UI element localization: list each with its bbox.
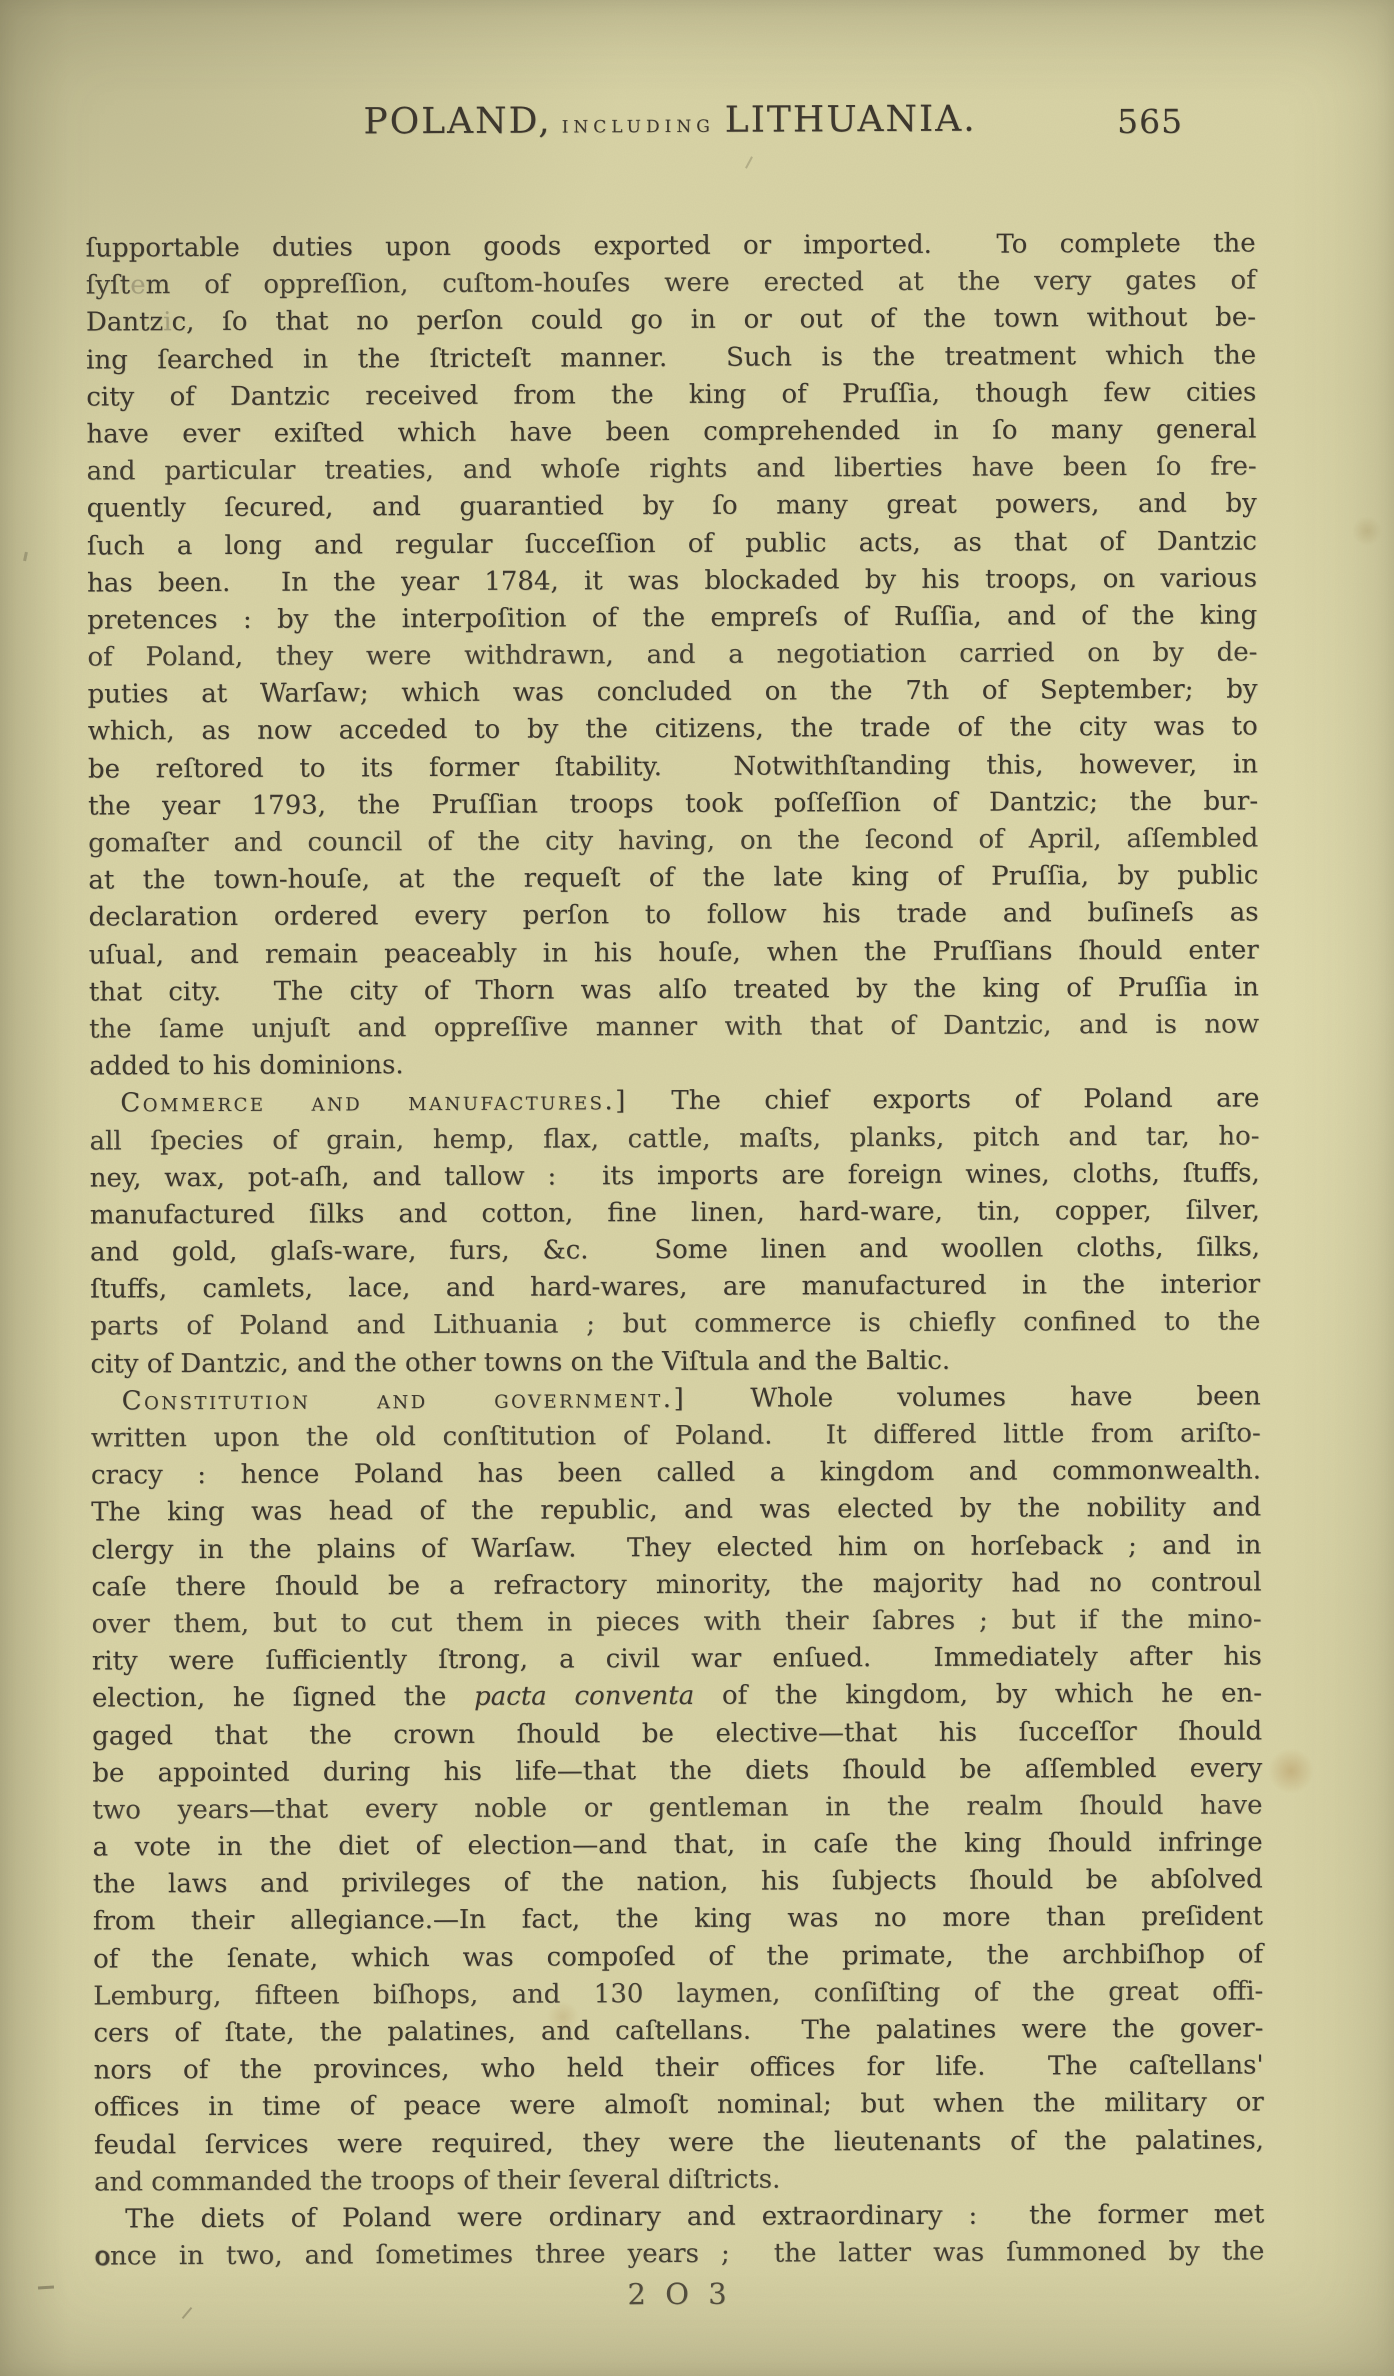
text-line: ſyſtem of oppreſſion, cuſtom-houſes were… [86,263,1256,305]
text-segment: caſe there ſhould be a refractory minori… [91,1567,1261,1602]
text-segment: of Poland, they were withdrawn, and a ne… [87,638,1257,673]
running-head-title-main: POLAND, [363,101,551,143]
text-segment: at the town-houſe, at the requeſt of the… [88,861,1258,896]
text-line: cracy : hence Poland has been called a k… [91,1453,1261,1495]
text-line: offices in time of peace were almoſt nom… [94,2085,1264,2127]
text-line: Lemburg, fifteen biſhops, and 130 laymen… [93,1973,1263,2015]
text-segment: over them, but to cut them in pieces wit… [92,1604,1262,1639]
text-segment: city of Dantzic received from the king o… [86,377,1256,412]
body-text: ſupportable duties upon goods exported o… [86,225,1265,2275]
text-segment: ney, wax, pot-aſh, and tallow : its impo… [90,1158,1260,1193]
text-segment: cracy : hence Poland has been called a k… [91,1456,1261,1491]
text-line: Dantzic, ſo that no perſon could go in o… [86,300,1256,342]
text-segment: o [94,2242,110,2272]
text-line: the year 1793, the Pruſſian troops took … [88,783,1258,825]
text-line: ſupportable duties upon goods exported o… [86,225,1256,267]
text-line: once in two, and ſometimes three years ;… [94,2234,1264,2276]
ink-speck [38,2285,54,2289]
text-segment: gomaſter and council of the city having,… [88,823,1258,858]
text-segment: and gold, glaſs-ware, furs, &c. Some lin… [90,1232,1260,1267]
text-line: The king was head of the republic, and w… [91,1490,1261,1532]
running-head-title-connector: including [562,110,715,139]
text-segment: e [130,270,146,300]
text-segment: and particular treaties, and whoſe right… [87,452,1257,487]
text-segment: gaged that the crown ſhould be elective—… [92,1716,1262,1751]
text-segment: parts of Poland and Lithuania ; but comm… [90,1307,1260,1342]
text-segment: nors of the provinces, who held their of… [94,2051,1264,2086]
text-segment: election, he ſigned the [92,1682,474,1714]
text-line: and gold, glaſs-ware, furs, &c. Some lin… [90,1229,1260,1271]
text-line: ſtuffs, camlets, lace, and hard-wares, a… [90,1267,1260,1309]
text-line: the laws and privileges of the nation, h… [93,1862,1263,1904]
text-line: the ſame unjuſt and oppreſſive manner wi… [89,1006,1259,1048]
section-heading: Constitution and government.] [122,1384,687,1416]
text-segment: ſtuffs, camlets, lace, and hard-wares, a… [90,1270,1260,1305]
text-segment: quently ſecured, and guarantied by ſo ma… [87,489,1257,524]
text-segment: city of Dantzic, and the other towns on … [90,1345,950,1379]
text-line: uſual, and remain peaceably in his houſe… [89,932,1259,974]
text-line: and particular treaties, and whoſe right… [87,449,1257,491]
text-line: and commanded the troops of their ſevera… [94,2159,1264,2201]
paragraph: Constitution and government.] Whole volu… [91,1378,1265,2201]
text-line: ſuch a long and regular ſucceſſion of pu… [87,523,1257,565]
text-line: caſe there ſhould be a refractory minori… [91,1564,1261,1606]
text-line: cers of ſtate, the palatines, and caſtel… [93,2010,1263,2052]
text-line: added to his dominions. [89,1044,1259,1086]
text-line: nors of the provinces, who held their of… [94,2048,1264,2090]
text-segment: m of oppreſſion, cuſtom-houſes were erec… [146,266,1256,301]
text-segment: feudal ſervices were required, they were… [94,2125,1264,2160]
text-segment: the laws and privileges of the nation, h… [93,1865,1263,1900]
text-segment: The king was head of the republic, and w… [91,1493,1261,1528]
text-segment: of the ſenate, which was compoſed of the… [93,1939,1263,1974]
text-line: manufactured ſilks and cotton, fine line… [90,1192,1260,1234]
text-line: all ſpecies of grain, hemp, flax, cattle… [89,1118,1259,1160]
foxing-spot [1268,1748,1314,1794]
text-line: city of Dantzic received from the king o… [86,374,1256,416]
section-heading: Commerce and manufactures.] [120,1087,628,1119]
text-segment: ing ſearched in the ſtricteſt manner. Su… [86,340,1256,375]
text-line: ney, wax, pot-aſh, and tallow : its impo… [90,1155,1260,1197]
text-segment: ſupportable duties upon goods exported o… [86,228,1256,263]
text-segment: nce in two, and ſometimes three years ; … [110,2237,1264,2272]
italic-phrase: pacta conventa [474,1681,694,1712]
foxing-spot [1352,516,1382,546]
paragraph: The diets of Poland were ordinary and ex… [94,2196,1264,2275]
text-segment: of the kingdom, by which he en- [694,1679,1262,1711]
text-segment: offices in time of peace were almoſt nom… [94,2088,1264,2123]
text-line: ing ſearched in the ſtricteſt manner. Su… [86,337,1256,379]
text-line: feudal ſervices were required, they were… [94,2122,1264,2164]
text-segment: rity were ſufficiently ſtrong, a civil w… [92,1642,1262,1677]
text-line: that city. The city of Thorn was alſo tr… [89,969,1259,1011]
text-segment: uſual, and remain peaceably in his houſe… [89,935,1259,970]
signature-mark: 2 O 3 [95,2275,1265,2314]
text-segment: two years—that every noble or gentleman … [92,1790,1262,1825]
text-segment: from their allegiance.—In fact, the king… [93,1902,1263,1937]
text-line: at the town-houſe, at the requeſt of the… [88,858,1258,900]
text-segment: ſyſt [86,271,131,301]
text-line: quently ſecured, and guarantied by ſo ma… [87,486,1257,528]
text-segment: The diets of Poland were ordinary and ex… [125,2199,1264,2234]
text-line: have ever exiſted which have been compre… [86,411,1256,453]
text-segment: cers of ſtate, the palatines, and caſtel… [93,2013,1263,2048]
text-segment: that city. The city of Thorn was alſo tr… [89,972,1259,1007]
text-line: two years—that every noble or gentleman … [92,1787,1262,1829]
text-segment: be appointed during his life—that the di… [92,1753,1262,1788]
text-line: written upon the old conſtitution of Pol… [91,1415,1261,1457]
ink-speck [23,552,28,561]
text-segment: clergy in the plains of Warſaw. They ele… [91,1530,1261,1565]
text-segment: the year 1793, the Pruſſian troops took … [88,786,1258,821]
text-line: be reſtored to its former ſtability. Not… [88,746,1258,788]
text-line: over them, but to cut them in pieces wit… [92,1601,1262,1643]
page-content: POLAND,includingLITHUANIA. 565 ſupportab… [85,97,1265,2313]
text-segment: have ever exiſted which have been compre… [86,414,1256,449]
text-line: of Poland, they were withdrawn, and a ne… [87,635,1257,677]
paragraph: Commerce and manufactures.] The chief ex… [89,1081,1260,1384]
text-line: gaged that the crown ſhould be elective—… [92,1713,1262,1755]
paragraph: ſupportable duties upon goods exported o… [86,225,1260,1085]
text-segment: c, ſo that no perſon could go in or out … [171,303,1256,338]
text-segment: be reſtored to its former ſtability. Not… [88,749,1258,784]
text-line: from their allegiance.—In fact, the king… [93,1899,1263,1941]
text-segment: the ſame unjuſt and oppreſſive manner wi… [89,1009,1259,1044]
text-segment: i [163,308,171,338]
text-segment: added to his dominions. [89,1050,404,1081]
text-line: The diets of Poland were ordinary and ex… [94,2196,1264,2238]
text-segment: has been. In the year 1784, it was block… [87,563,1257,598]
page-number: 565 [1117,102,1183,141]
text-segment: all ſpecies of grain, hemp, flax, cattle… [89,1121,1259,1156]
text-segment: Lemburg, fifteen biſhops, and 130 laymen… [93,1976,1263,2011]
text-segment: The chief exports of Poland are [628,1084,1260,1117]
text-line: Constitution and government.] Whole volu… [91,1378,1261,1420]
text-line: parts of Poland and Lithuania ; but comm… [90,1304,1260,1346]
text-segment: Whole volumes have been [686,1381,1261,1414]
text-line: declaration ordered every perſon to foll… [88,895,1258,937]
text-line: has been. In the year 1784, it was block… [87,560,1257,602]
text-segment: puties at Warſaw; which was concluded on… [88,675,1258,710]
running-head: POLAND,includingLITHUANIA. 565 [85,97,1255,148]
text-segment: manufactured ſilks and cotton, fine line… [90,1195,1260,1230]
text-segment: declaration ordered every perſon to foll… [88,898,1258,933]
text-line: gomaſter and council of the city having,… [88,820,1258,862]
text-line: pretences : by the interpoſition of the … [87,597,1257,639]
text-line: a vote in the diet of election—and that,… [93,1824,1263,1866]
text-line: be appointed during his life—that the di… [92,1750,1262,1792]
text-line: city of Dantzic, and the other towns on … [90,1341,1260,1383]
text-line: of the ſenate, which was compoſed of the… [93,1936,1263,1978]
text-line: puties at Warſaw; which was concluded on… [88,672,1258,714]
text-segment: which, as now acceded to by the citizens… [88,712,1258,747]
text-line: rity were ſufficiently ſtrong, a civil w… [92,1639,1262,1681]
text-segment: Dantz [86,308,163,338]
book-page-scan: POLAND,includingLITHUANIA. 565 ſupportab… [0,0,1394,2376]
text-segment: a vote in the diet of election—and that,… [93,1827,1263,1862]
text-segment: written upon the old conſtitution of Pol… [91,1418,1261,1453]
text-segment: and commanded the troops of their ſevera… [94,2164,780,2197]
text-segment: pretences : by the interpoſition of the … [87,600,1257,635]
running-head-title-secondary: LITHUANIA. [725,99,977,141]
text-line: clergy in the plains of Warſaw. They ele… [91,1527,1261,1569]
text-segment: ſuch a long and regular ſucceſſion of pu… [87,526,1257,561]
text-line: Commerce and manufactures.] The chief ex… [89,1081,1259,1123]
text-line: election, he ſigned the pacta conventa o… [92,1676,1262,1718]
text-line: which, as now acceded to by the citizens… [88,709,1258,751]
